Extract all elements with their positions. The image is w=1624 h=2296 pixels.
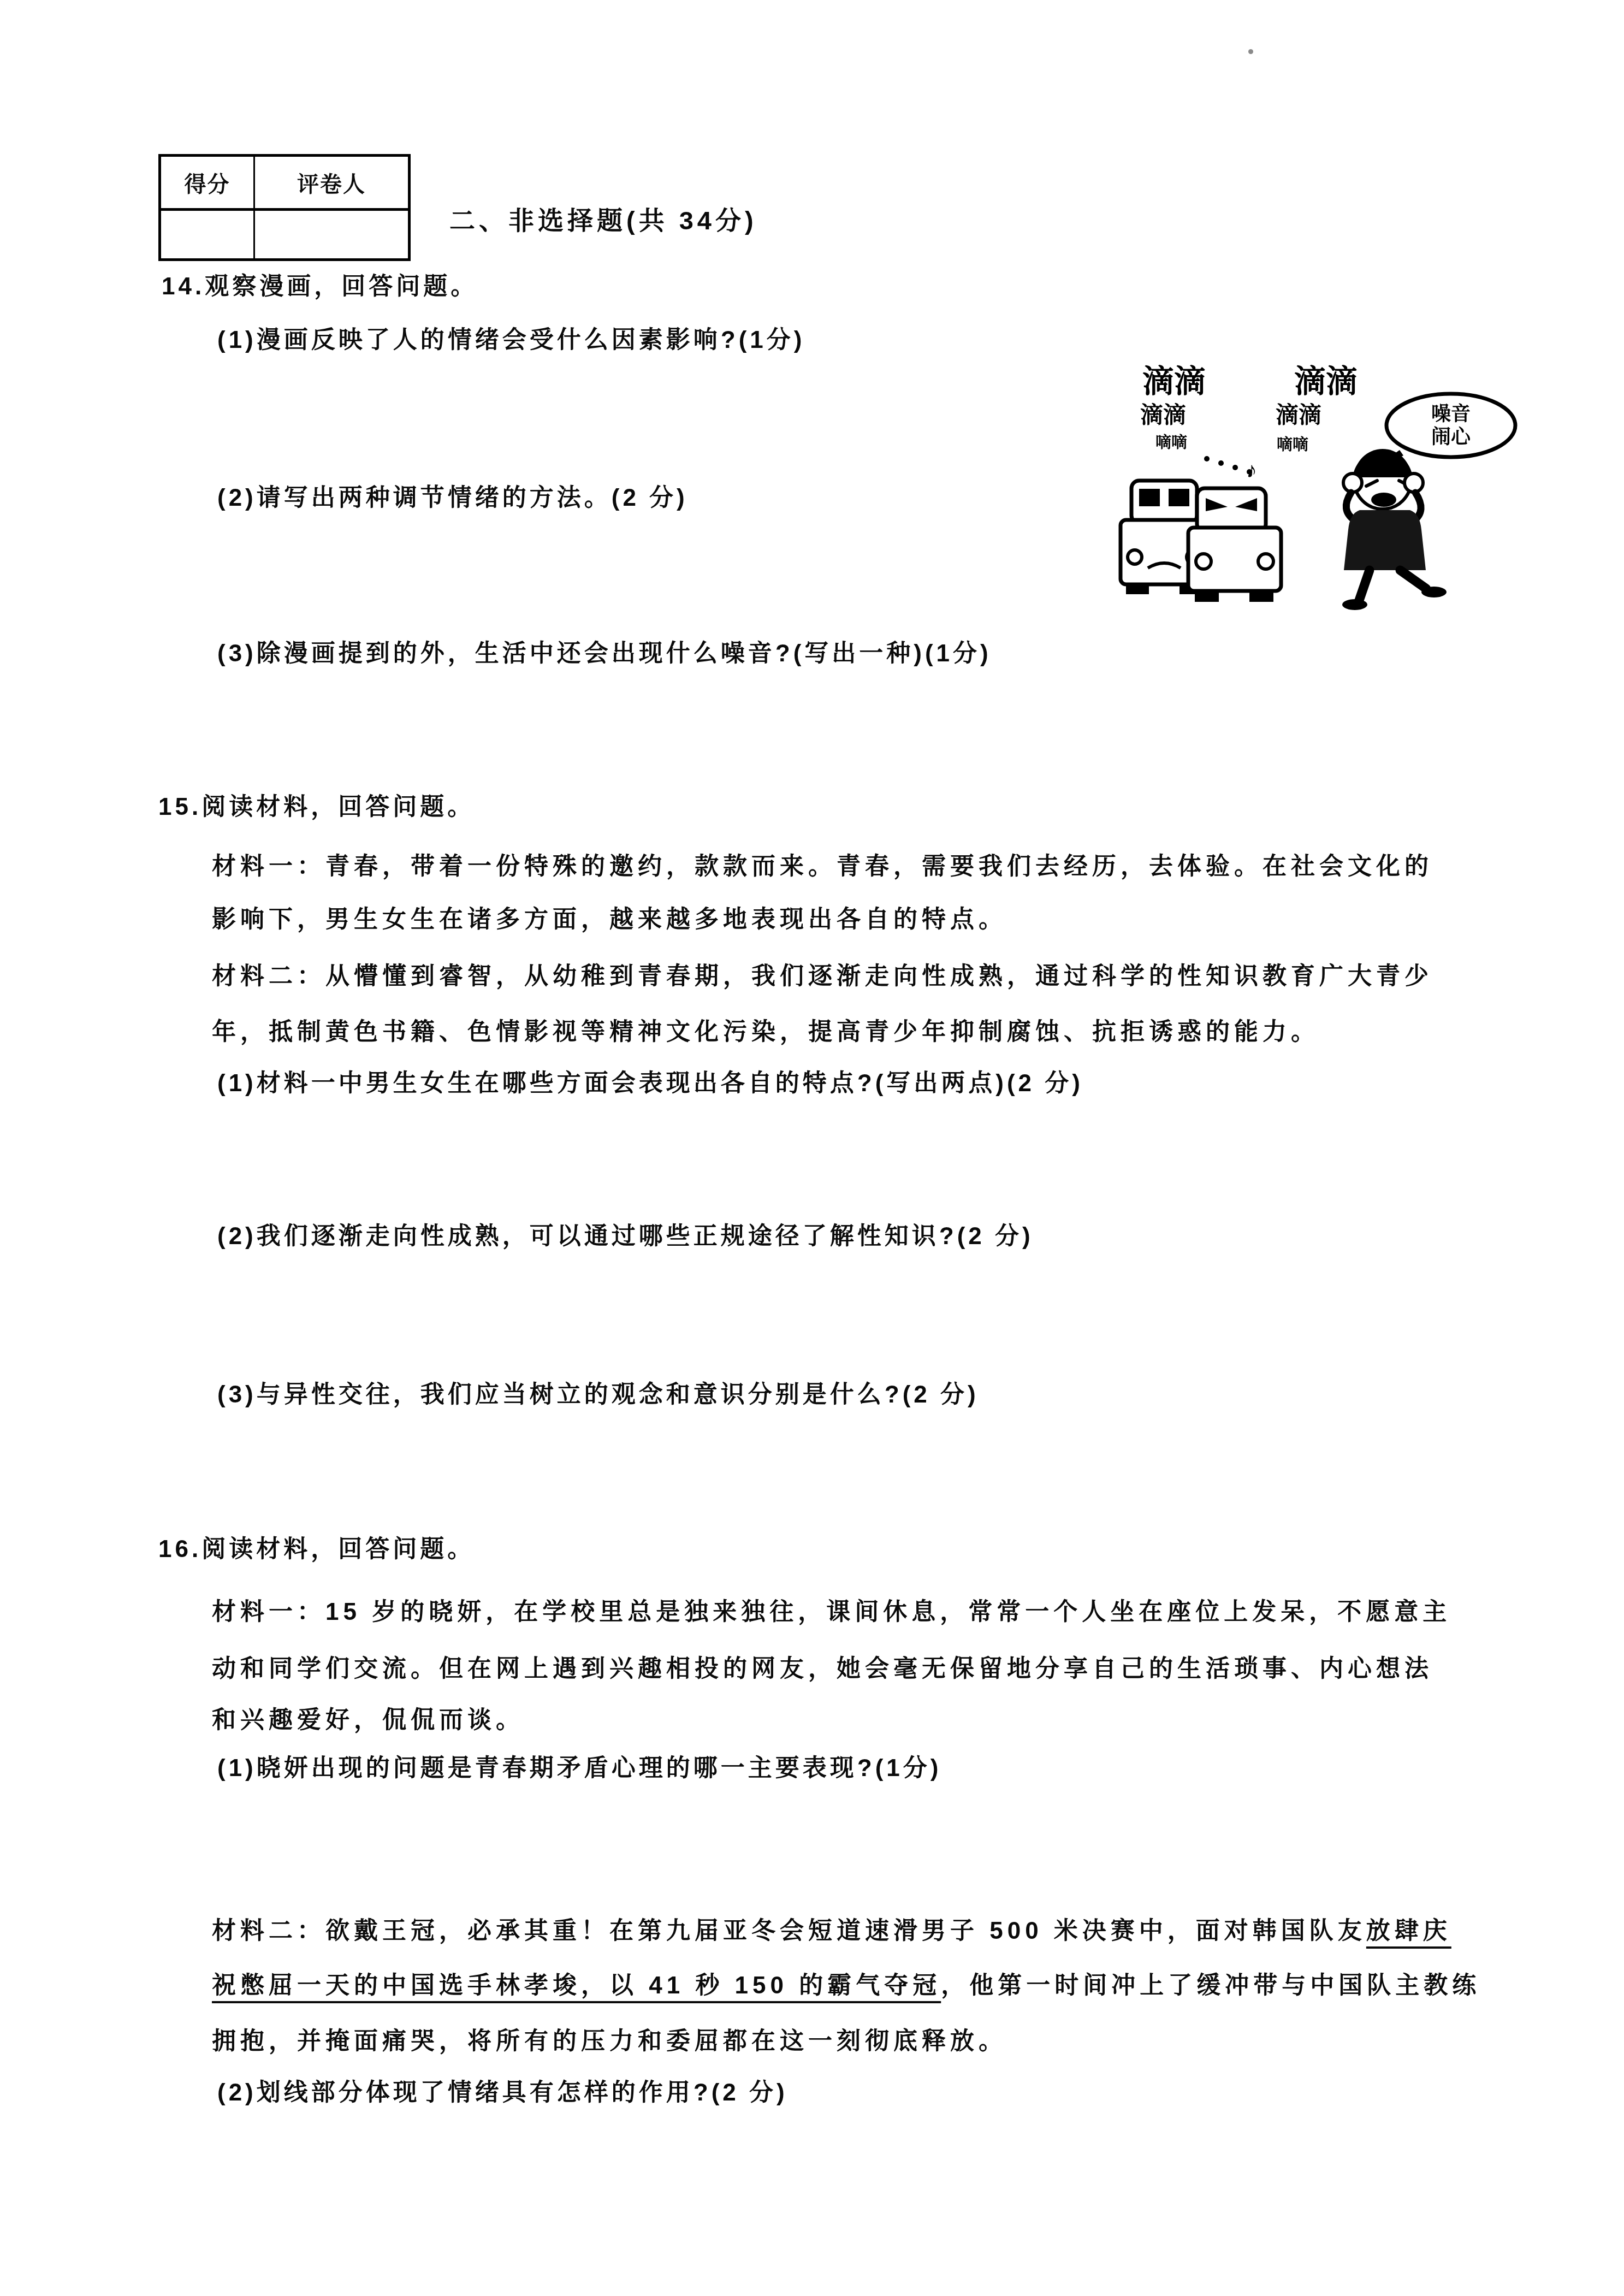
sound-dots [1204, 456, 1252, 475]
q15-material1-line2: 影响下，男生女生在诸多方面，越来越多地表现出各自的特点。 [212, 906, 1007, 934]
score-table-header-score: 得分 [161, 157, 255, 211]
q16-material2-line2-plain: ，他第一时间冲上了缓冲带与中国队主教练 [941, 1972, 1480, 1999]
q15-subquestion-1: (1)材料一中男生女生在哪些方面会表现出各自的特点?(写出两点)(2 分) [217, 1069, 1083, 1098]
q15-material2-line2: 年，抵制黄色书籍、色情影视等精神文化污染，提高青少年抑制腐蚀、抗拒诱惑的能力。 [212, 1018, 1319, 1047]
q16-material2-line1: 材料二：欲戴王冠，必承其重！在第九届亚冬会短道速滑男子 500 米决赛中，面对韩… [212, 1917, 1451, 1946]
scan-artifact-dot [1248, 49, 1253, 54]
q16-material2-line2-underlined: 祝憋屈一天的中国选手林孝埈，以 41 秒 150 的霸气夺冠 [212, 1972, 941, 1999]
q16-material1-line1: 材料一：15 岁的晓妍，在学校里总是独来独往，课间休息，常常一个人坐在座位上发呆… [212, 1598, 1451, 1627]
score-table: 得分 评卷人 [158, 154, 411, 261]
car-icon-right [1188, 488, 1281, 602]
q16-subquestion-1: (1)晓妍出现的问题是青春期矛盾心理的哪一主要表现?(1分) [217, 1754, 941, 1783]
honk-text-medium-1: 滴滴 [1140, 402, 1186, 428]
honk-text-small-2: 嘀嘀 [1277, 436, 1308, 454]
q16-material2-line1-underlined: 放肆庆 [1366, 1918, 1451, 1944]
q15-subquestion-3: (3)与异性交往，我们应当树立的观念和意识分别是什么?(2 分) [217, 1381, 979, 1410]
q16-material1-line3: 和兴趣爱好，侃侃而谈。 [212, 1706, 524, 1735]
q16-material2-line3: 拥抱，并掩面痛哭，将所有的压力和委屈都在这一刻彻底释放。 [212, 2027, 1007, 2056]
q15-material1-line1: 材料一：青春，带着一份特殊的邀约，款款而来。青春，需要我们去经历，去体验。在社会… [212, 853, 1433, 881]
honk-text-medium-2: 滴滴 [1276, 402, 1321, 428]
q16-material2-line1-plain: 材料二：欲戴王冠，必承其重！在第九届亚冬会短道速滑男子 500 米决赛中，面对韩… [212, 1918, 1366, 1944]
speech-bubble-text-1: 噪音 [1431, 403, 1471, 425]
speech-bubble-text-2: 闹心 [1431, 425, 1472, 448]
q16-subquestion-2: (2)划线部分体现了情绪具有怎样的作用?(2 分) [217, 2079, 788, 2108]
score-table-score-cell [161, 211, 255, 258]
q16-material2-line2: 祝憋屈一天的中国选手林孝埈，以 41 秒 150 的霸气夺冠，他第一时间冲上了缓… [212, 1972, 1480, 2001]
q14-title: 14.观察漫画，回答问题。 [162, 273, 478, 301]
section-title: 二、非选择题(共 34分) [449, 205, 757, 236]
q14-subquestion-3: (3)除漫画提到的外，生活中还会出现什么噪音?(写出一种)(1分) [217, 640, 992, 668]
score-table-grader-cell [255, 211, 408, 258]
q14-subquestion-2: (2)请写出两种调节情绪的方法。(2 分) [217, 484, 688, 513]
honk-text-large-1: 滴滴 [1142, 364, 1206, 399]
q16-material1-line2: 动和同学们交流。但在网上遇到兴趣相投的网友，她会毫无保留地分享自己的生活琐事、内… [212, 1655, 1433, 1684]
honk-text-large-2: 滴滴 [1294, 364, 1358, 399]
q14-subquestion-1: (1)漫画反映了人的情绪会受什么因素影响?(1分) [217, 326, 805, 355]
score-table-header-grader: 评卷人 [255, 157, 408, 211]
q15-subquestion-2: (2)我们逐渐走向性成熟，可以通过哪些正规途径了解性知识?(2 分) [217, 1222, 1034, 1251]
man-covering-ears [1342, 449, 1447, 610]
q15-title: 15.阅读材料，回答问题。 [158, 793, 475, 822]
exam-page: 得分 评卷人 二、非选择题(共 34分) 14.观察漫画，回答问题。 (1)漫画… [0, 0, 1624, 2296]
q15-material2-line1: 材料二：从懵懂到睿智，从幼稚到青春期，我们逐渐走向性成熟，通过科学的性知识教育广… [212, 962, 1433, 991]
noise-cartoon: 滴滴 滴滴 嘀嘀 滴滴 滴滴 嘀嘀 ♪ [1114, 334, 1551, 610]
q16-title: 16.阅读材料，回答问题。 [158, 1535, 475, 1564]
honk-text-small-1: 嘀嘀 [1155, 434, 1187, 452]
speech-bubble: 噪音 闹心 [1366, 394, 1515, 470]
